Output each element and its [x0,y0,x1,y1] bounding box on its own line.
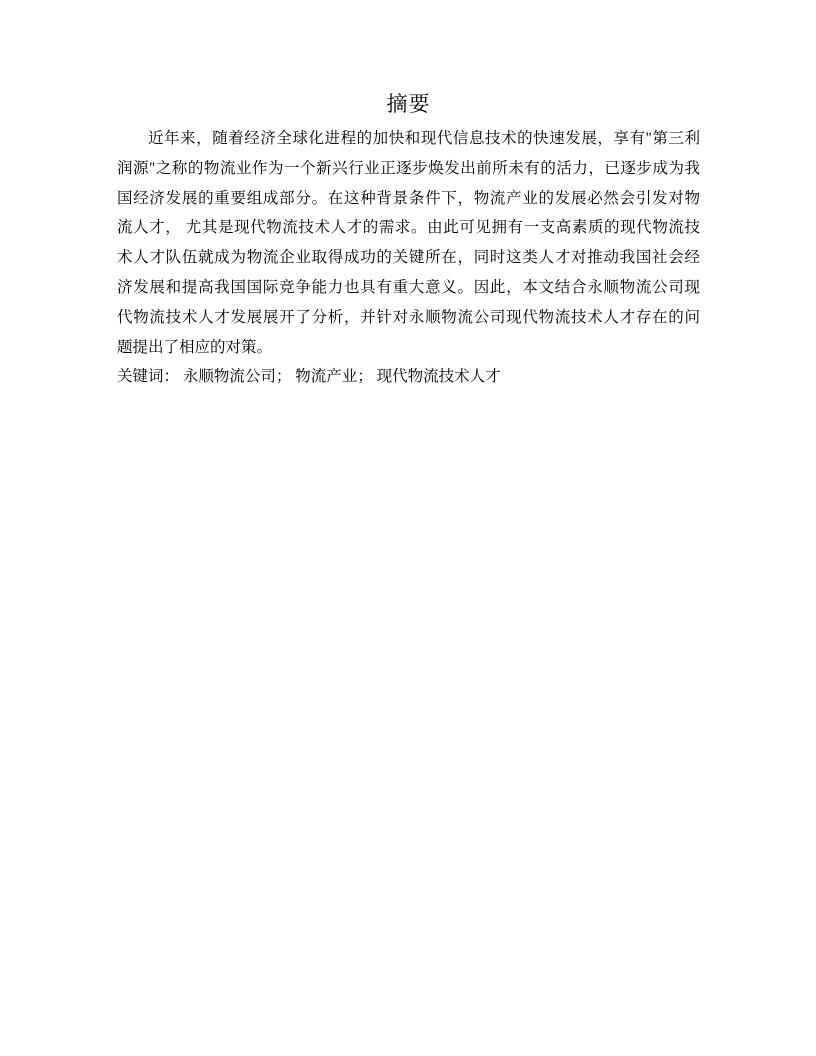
abstract-paragraph: 近年来，随着经济全球化进程的加快和现代信息技术的快速发展，享有"第三利 润源"之… [117,124,700,362]
paragraph-line-6: 济发展和提高我国国际竞争能力也具有重大意义。因此，本文结合永顺物流公司现 [117,273,700,303]
paragraph-line-3: 国经济发展的重要组成部分。在这种背景条件下，物流产业的发展必然会引发对物 [117,184,700,214]
paragraph-line-1: 近年来，随着经济全球化进程的加快和现代信息技术的快速发展，享有"第三利 [117,124,700,154]
paragraph-line-7: 代物流技术人才发展展开了分析，并针对永顺物流公司现代物流技术人才存在的问 [117,303,700,333]
abstract-page: 摘要 近年来，随着经济全球化进程的加快和现代信息技术的快速发展，享有"第三利 润… [0,0,816,1056]
keywords-line: 关键词： 永顺物流公司； 物流产业； 现代物流技术人才 [117,362,700,392]
abstract-title: 摘要 [117,89,700,119]
paragraph-line-2: 润源"之称的物流业作为一个新兴行业正逐步焕发出前所未有的活力，已逐步成为我 [117,154,700,184]
paragraph-line-5: 术人才队伍就成为物流企业取得成功的关键所在，同时这类人才对推动我国社会经 [117,243,700,273]
paragraph-line-4: 流人才， 尤其是现代物流技术人才的需求。由此可见拥有一支高素质的现代物流技 [117,213,700,243]
paragraph-line-8: 题提出了相应的对策。 [117,333,700,363]
